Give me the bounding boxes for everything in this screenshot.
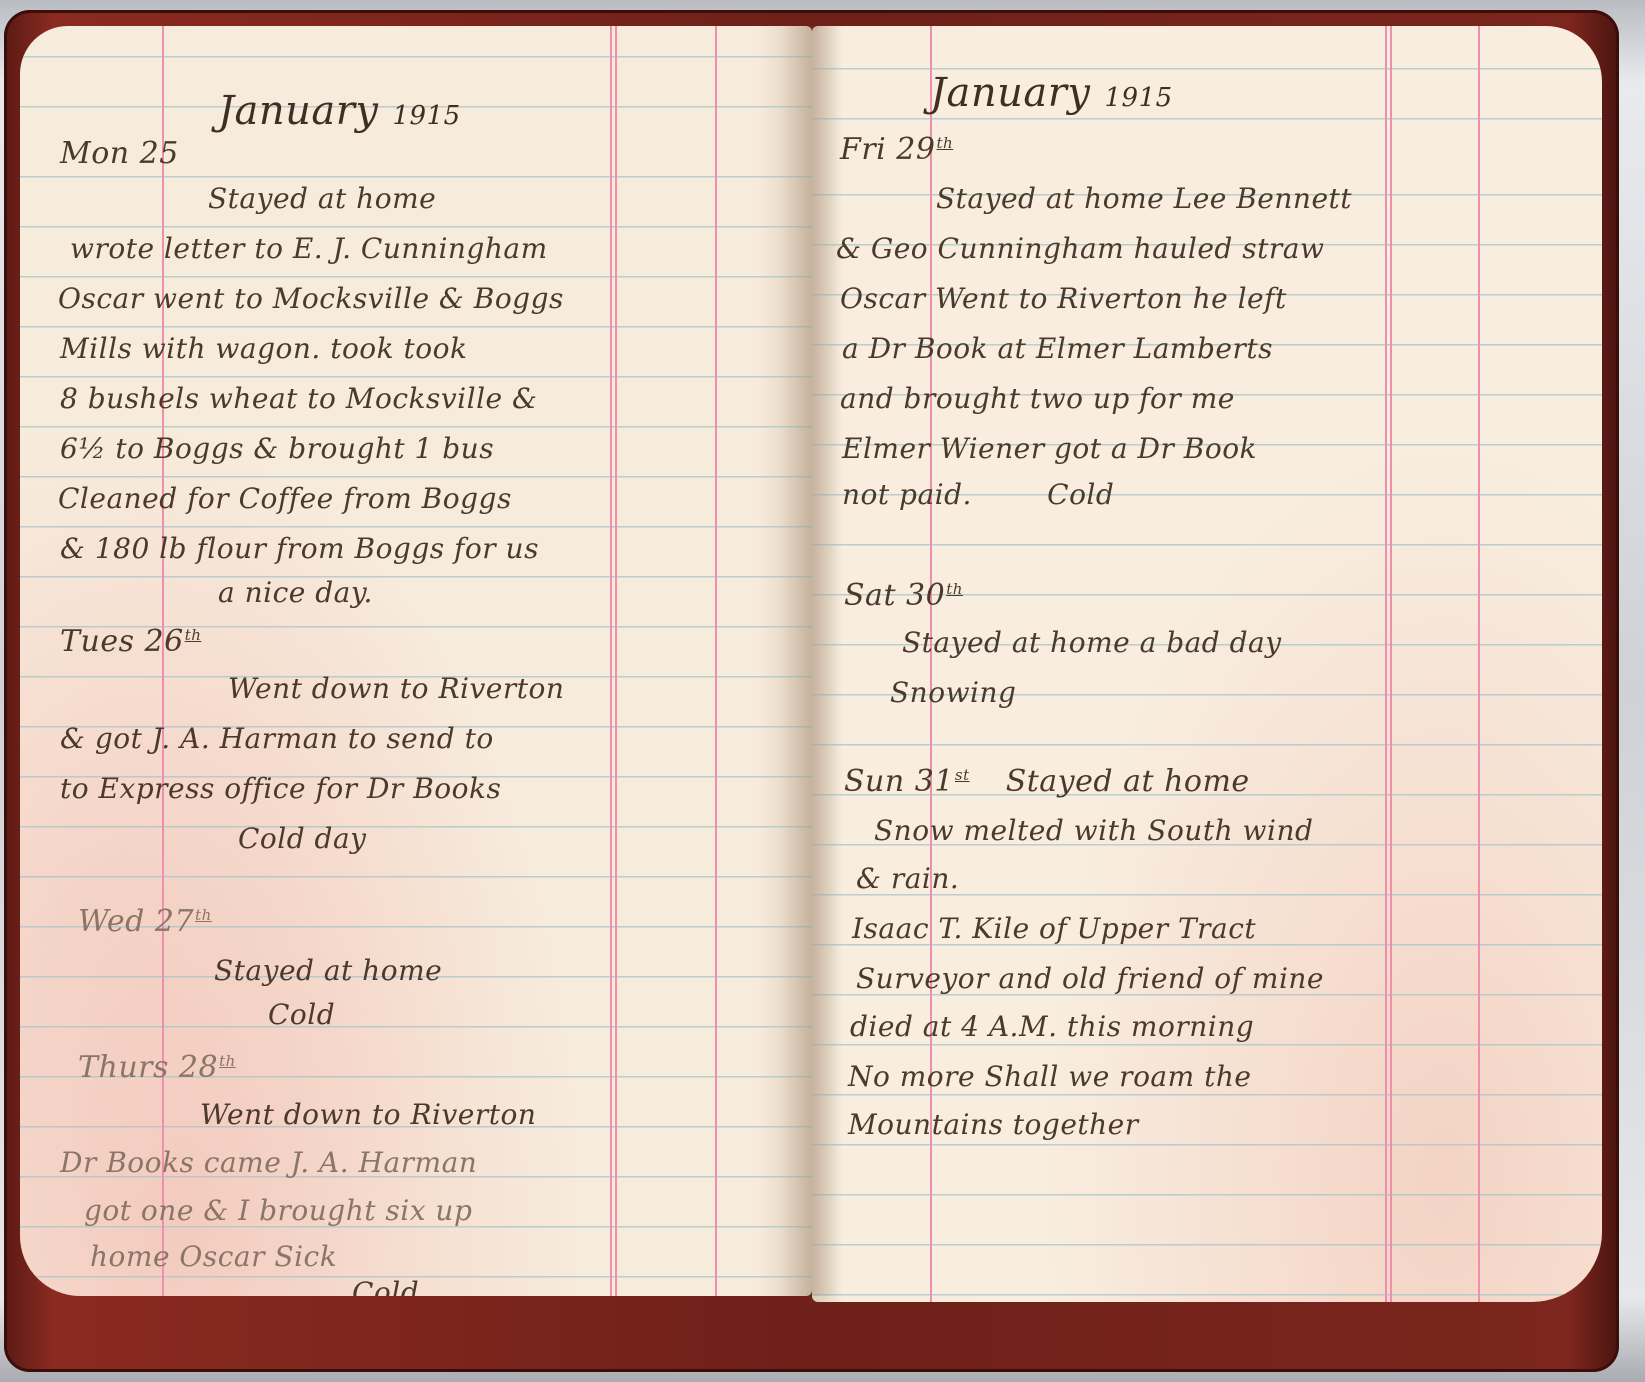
- entry-line: Mountains together: [848, 1108, 1139, 1141]
- entry-date: Fri 29th: [840, 132, 953, 167]
- column-line: [1385, 26, 1387, 1302]
- entry-date: Wed 27th: [78, 904, 212, 939]
- entry-line: No more Shall we roam the: [848, 1060, 1251, 1093]
- entry-line: & rain.: [856, 862, 959, 895]
- entry-line: Elmer Wiener got a Dr Book: [842, 432, 1257, 465]
- entry-date: Thurs 28th: [78, 1050, 236, 1085]
- page-header: January1915: [930, 70, 1173, 116]
- header-month: January: [930, 70, 1090, 116]
- entry-date: Sun 31st Stayed at home: [844, 764, 1250, 799]
- margin-line: [162, 26, 164, 1296]
- entry-line: Dr Books came J. A. Harman: [60, 1146, 477, 1179]
- entry-line: Cold day: [238, 822, 367, 855]
- left-page: January1915 Mon 25 Stayed at home wrote …: [20, 26, 812, 1296]
- entry-line: died at 4 A.M. this morning: [850, 1010, 1254, 1043]
- header-month: January: [218, 88, 378, 134]
- entry-line: a nice day.: [218, 576, 373, 609]
- entry-line: Snowing: [890, 676, 1016, 709]
- entry-line: 6½ to Boggs & brought 1 bus: [60, 432, 494, 465]
- entry-line: 8 bushels wheat to Mocksville &: [60, 382, 537, 415]
- column-line: [615, 26, 617, 1296]
- header-year: 1915: [1104, 83, 1172, 113]
- column-line: [610, 26, 612, 1296]
- right-page: January1915 Fri 29th Stayed at home Lee …: [812, 26, 1602, 1302]
- entry-line: Oscar went to Mocksville & Boggs: [58, 282, 564, 315]
- entry-line: and brought two up for me: [840, 382, 1235, 415]
- entry-line: Oscar Went to Riverton he left: [840, 282, 1287, 315]
- entry-date: Sat 30th: [844, 578, 963, 613]
- entry-line: got one & I brought six up: [84, 1194, 472, 1227]
- entry-line: wrote letter to E. J. Cunningham: [70, 232, 548, 265]
- entry-line: Stayed at home: [214, 954, 442, 987]
- entry-line: to Express office for Dr Books: [60, 772, 501, 805]
- entry-line: Surveyor and old friend of mine: [856, 962, 1324, 995]
- entry-line: Stayed at home a bad day: [902, 626, 1282, 659]
- entry-line: Stayed at home Lee Bennett: [936, 182, 1352, 215]
- column-line: [1390, 26, 1392, 1302]
- entry-line: Isaac T. Kile of Upper Tract: [852, 912, 1256, 945]
- entry-date: Mon 25: [60, 136, 179, 171]
- header-year: 1915: [392, 101, 460, 131]
- entry-line: & got J. A. Harman to send to: [60, 722, 494, 755]
- entry-line: Cold: [268, 998, 335, 1031]
- entry-line: home Oscar Sick: [90, 1240, 337, 1273]
- entry-line: Went down to Riverton: [200, 1098, 536, 1131]
- entry-line: Cleaned for Coffee from Boggs: [58, 482, 512, 515]
- entry-line: & 180 lb flour from Boggs for us: [60, 532, 539, 565]
- entry-line: Stayed at home: [208, 182, 436, 215]
- entry-line: not paid. Cold: [842, 478, 1114, 511]
- entry-inline-text: Stayed at home: [1006, 764, 1250, 799]
- entry-line: Cold.: [352, 1276, 429, 1296]
- entry-line: Mills with wagon. took took: [60, 332, 467, 365]
- entry-line: a Dr Book at Elmer Lamberts: [842, 332, 1273, 365]
- entry-date: Tues 26th: [60, 624, 201, 659]
- column-line: [1478, 26, 1480, 1302]
- entry-line: Snow melted with South wind: [874, 814, 1313, 847]
- entry-line: & Geo Cunningham hauled straw: [836, 232, 1324, 265]
- entry-line: Went down to Riverton: [228, 672, 564, 705]
- page-header: January1915: [218, 88, 461, 134]
- column-line: [715, 26, 717, 1296]
